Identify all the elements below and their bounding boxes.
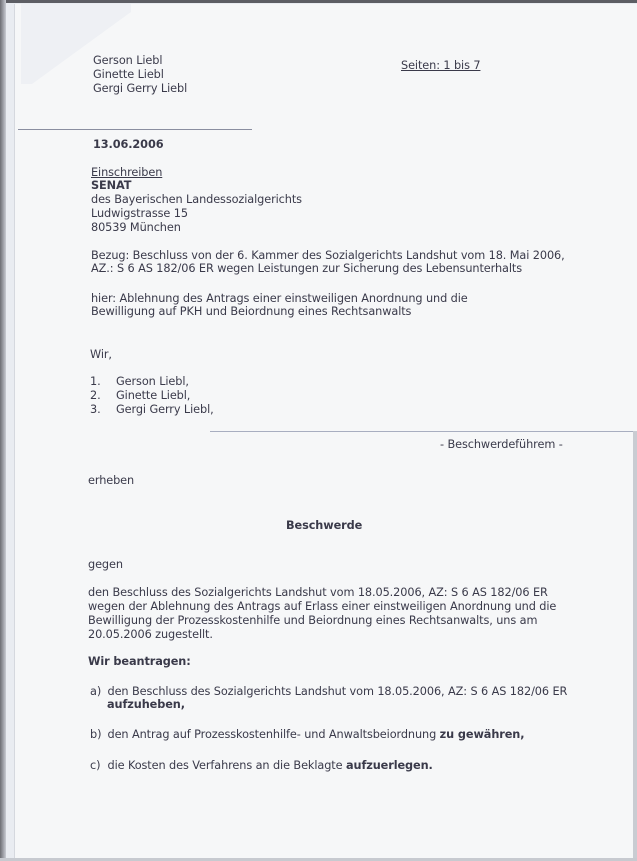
sender-divider [18, 129, 252, 130]
subject-line-2: Bewilligung auf PKH und Beiordnung eines… [91, 305, 411, 319]
sender-name-3: Gergi Gerry Liebl [93, 82, 187, 96]
complainant-name: Ginette Liebl, [116, 389, 190, 402]
complainant-name: Gerson Liebl, [116, 375, 189, 388]
complainant-item: 1.Gerson Liebl, [90, 375, 189, 389]
page-overlap-edge [210, 431, 637, 432]
erheben-text: erheben [88, 474, 134, 488]
delivery-method: Einschreiben [91, 166, 162, 180]
motion-item-c: c) die Kosten des Verfahrens an die Bekl… [90, 759, 433, 773]
motion-text: den Antrag auf Prozesskostenhilfe- und A… [108, 728, 440, 741]
motion-letter: c) [90, 759, 104, 773]
complainant-item: 2.Ginette Liebl, [90, 389, 190, 403]
body-line-1: den Beschluss des Sozialgerichts Landshu… [88, 586, 548, 600]
complainant-item: 3.Gergi Gerry Liebl, [90, 403, 214, 417]
complainants-label: - Beschwerdeführem - [440, 438, 563, 452]
document-title: Beschwerde [286, 519, 362, 533]
motion-a-bold: aufzuheben, [107, 698, 185, 712]
gegen-text: gegen [88, 558, 123, 572]
list-number: 3. [90, 403, 116, 417]
scan-border-left [0, 0, 6, 861]
motion-item-a: a) den Beschluss des Sozialgerichts Land… [90, 685, 567, 699]
recipient-line-1: SENAT [91, 179, 131, 193]
recipient-street: Ludwigstrasse 15 [91, 207, 188, 221]
motion-letter: b) [90, 728, 104, 742]
body-line-4: 20.05.2006 zugestellt. [88, 628, 213, 642]
body-line-2: wegen der Ablehnung des Antrags auf Erla… [88, 600, 556, 614]
scan-border-right [633, 431, 637, 861]
scan-border-top [0, 0, 637, 3]
motion-bold: zu gewähren, [440, 728, 525, 741]
sender-name-1: Gerson Liebl [93, 54, 162, 68]
recipient-city: 80539 München [91, 221, 181, 235]
reference-line-1: Bezug: Beschluss von der 6. Kammer des S… [91, 249, 565, 263]
motion-heading: Wir beantragen: [88, 655, 191, 669]
subject-line-1: hier: Ablehnung des Antrags einer einstw… [91, 292, 468, 306]
motion-text: die Kosten des Verfahrens an die Beklagt… [108, 759, 346, 772]
motion-bold: aufzuerlegen. [346, 759, 433, 772]
body-line-3: Bewilligung der Prozesskostenhilfe und B… [88, 614, 537, 628]
wir-text: Wir, [90, 348, 112, 362]
recipient-line-2: des Bayerischen Landessozialgerichts [91, 193, 302, 207]
sender-name-2: Ginette Liebl [93, 68, 164, 82]
page-count: Seiten: 1 bis 7 [401, 59, 480, 73]
list-number: 1. [90, 375, 116, 389]
list-number: 2. [90, 389, 116, 403]
motion-item-b: b) den Antrag auf Prozesskostenhilfe- un… [90, 728, 524, 742]
motion-letter: a) [90, 685, 104, 699]
reference-line-2: AZ.: S 6 AS 182/06 ER wegen Leistungen z… [91, 262, 522, 276]
letter-date: 13.06.2006 [93, 138, 163, 152]
complainant-name: Gergi Gerry Liebl, [116, 403, 214, 416]
motion-text: den Beschluss des Sozialgerichts Landshu… [108, 685, 568, 698]
